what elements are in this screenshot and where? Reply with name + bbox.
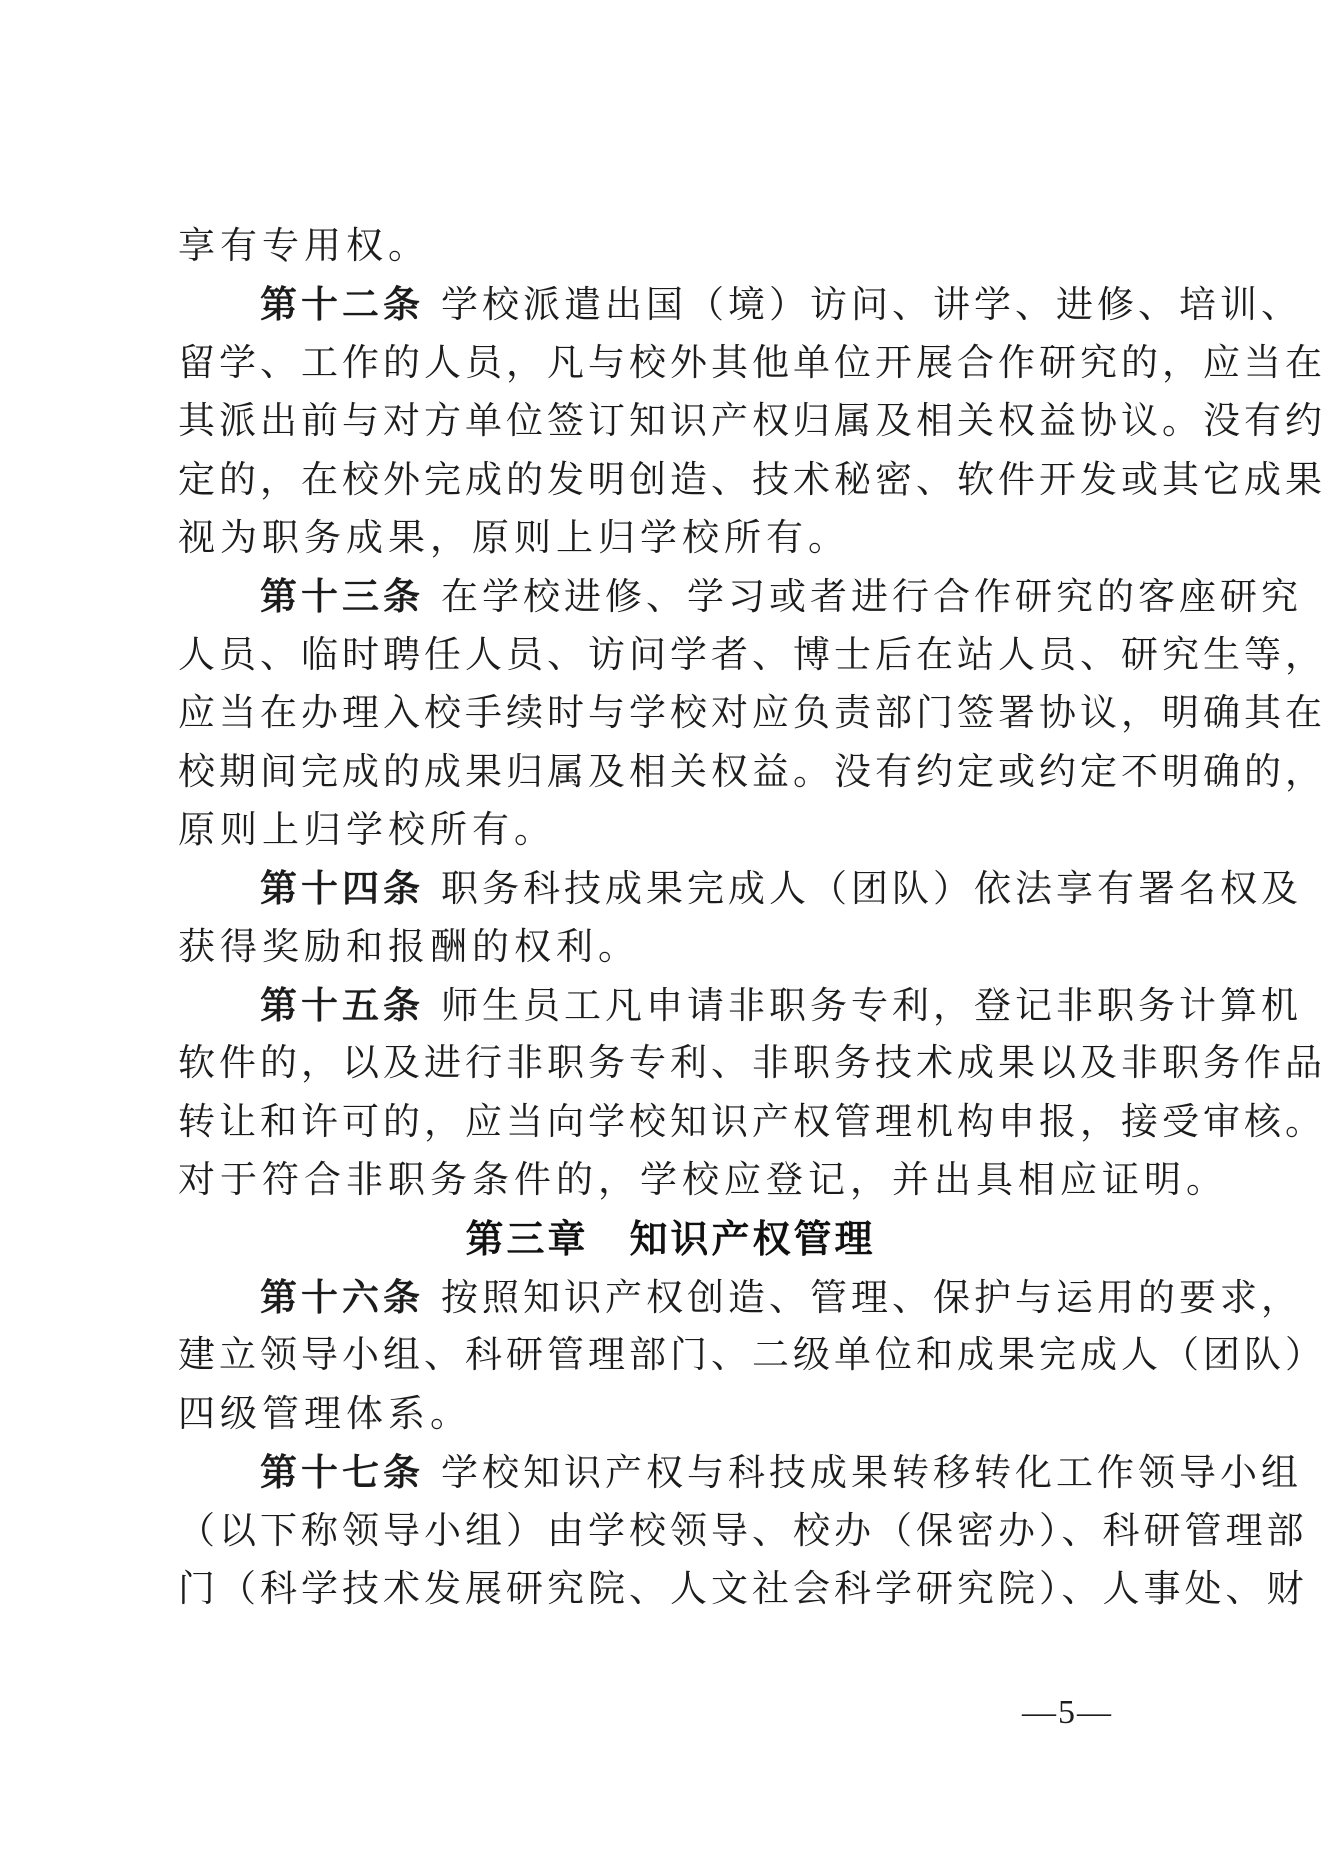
body-line: 留学、工作的人员，凡与校外其他单位开展合作研究的，应当在 bbox=[178, 335, 1163, 393]
body-line: 享有专用权。 bbox=[178, 218, 1163, 276]
body-line-text: 其派出前与对方单位签订知识产权归属及相关权益协议。没有约 bbox=[178, 401, 1323, 442]
body-line-text: （以下称领导小组）由学校领导、校办（保密办）、科研管理部 bbox=[178, 1511, 1308, 1552]
body-line: 第十三条在学校进修、学习或者进行合作研究的客座研究 bbox=[178, 568, 1163, 626]
body-line: 校期间完成的成果归属及相关权益。没有约定或约定不明确的， bbox=[178, 744, 1163, 802]
body-line-text: 视为职务成果，原则上归学校所有。 bbox=[178, 518, 850, 559]
body-line: 转让和许可的，应当向学校知识产权管理机构申报，接受审核。 bbox=[178, 1094, 1163, 1152]
article-number: 第十四条 bbox=[260, 868, 424, 909]
body-line-text: 职务科技成果完成人（团队）依法享有署名权及 bbox=[441, 869, 1302, 910]
body-line-text: 原则上归学校所有。 bbox=[178, 810, 556, 851]
article-number: 第十七条 bbox=[260, 1452, 424, 1493]
body-line-text: 获得奖励和报酬的权利。 bbox=[178, 927, 640, 968]
body-line-text: 师生员工凡申请非职务专利，登记非职务计算机 bbox=[441, 986, 1302, 1027]
body-line-text: 人员、临时聘任人员、访问学者、博士后在站人员、研究生等， bbox=[178, 635, 1323, 676]
body-line: 门（科学技术发展研究院、人文社会科学研究院）、人事处、财 bbox=[178, 1561, 1163, 1619]
article-number: 第十六条 bbox=[260, 1277, 424, 1318]
body-line-text: 门（科学技术发展研究院、人文社会科学研究院）、人事处、财 bbox=[178, 1569, 1308, 1610]
body-line-text: 享有专用权。 bbox=[178, 226, 430, 267]
body-line-text: 转让和许可的，应当向学校知识产权管理机构申报，接受审核。 bbox=[178, 1102, 1323, 1143]
body-line-text: 学校派遣出国（境）访问、讲学、进修、培训、 bbox=[441, 285, 1302, 326]
body-line: 第十六条按照知识产权创造、管理、保护与运用的要求， bbox=[178, 1269, 1163, 1327]
chapter-heading: 第三章 知识产权管理 bbox=[178, 1211, 1163, 1269]
body-line-text: 四级管理体系。 bbox=[178, 1394, 472, 1435]
body-line-text: 定的，在校外完成的发明创造、技术秘密、软件开发或其它成果 bbox=[178, 460, 1323, 501]
body-line-text: 建立领导小组、科研管理部门、二级单位和成果完成人（团队） bbox=[178, 1335, 1323, 1376]
body-line: 第十五条师生员工凡申请非职务专利，登记非职务计算机 bbox=[178, 977, 1163, 1035]
article-number: 第十五条 bbox=[260, 985, 424, 1026]
body-line: 软件的，以及进行非职务专利、非职务技术成果以及非职务作品 bbox=[178, 1035, 1163, 1093]
body-line: 获得奖励和报酬的权利。 bbox=[178, 919, 1163, 977]
body-line: （以下称领导小组）由学校领导、校办（保密办）、科研管理部 bbox=[178, 1503, 1163, 1561]
body-line: 建立领导小组、科研管理部门、二级单位和成果完成人（团队） bbox=[178, 1327, 1163, 1385]
body-line: 第十二条学校派遣出国（境）访问、讲学、进修、培训、 bbox=[178, 276, 1163, 334]
body-line: 其派出前与对方单位签订知识产权归属及相关权益协议。没有约 bbox=[178, 393, 1163, 451]
body-line: 第十四条职务科技成果完成人（团队）依法享有署名权及 bbox=[178, 860, 1163, 918]
body-line-text: 留学、工作的人员，凡与校外其他单位开展合作研究的，应当在 bbox=[178, 343, 1323, 384]
document-page: 享有专用权。 第十二条学校派遣出国（境）访问、讲学、进修、培训、 留学、工作的人… bbox=[0, 0, 1323, 1871]
article-number: 第十三条 bbox=[260, 576, 424, 617]
body-line-text: 在学校进修、学习或者进行合作研究的客座研究 bbox=[441, 577, 1302, 618]
body-line-text: 对于符合非职务条件的，学校应登记，并出具相应证明。 bbox=[178, 1160, 1228, 1201]
body-line: 视为职务成果，原则上归学校所有。 bbox=[178, 510, 1163, 568]
article-number: 第十二条 bbox=[260, 284, 424, 325]
body-line: 定的，在校外完成的发明创造、技术秘密、软件开发或其它成果 bbox=[178, 452, 1163, 510]
page-number: —5— bbox=[1022, 1694, 1113, 1732]
body-line: 第十七条学校知识产权与科技成果转移转化工作领导小组 bbox=[178, 1444, 1163, 1502]
body-line: 应当在办理入校手续时与学校对应负责部门签署协议，明确其在 bbox=[178, 685, 1163, 743]
body-line: 对于符合非职务条件的，学校应登记，并出具相应证明。 bbox=[178, 1152, 1163, 1210]
body-line-text: 应当在办理入校手续时与学校对应负责部门签署协议，明确其在 bbox=[178, 693, 1323, 734]
body-line-text: 学校知识产权与科技成果转移转化工作领导小组 bbox=[441, 1453, 1302, 1494]
body-line: 人员、临时聘任人员、访问学者、博士后在站人员、研究生等， bbox=[178, 627, 1163, 685]
document-body: 享有专用权。 第十二条学校派遣出国（境）访问、讲学、进修、培训、 留学、工作的人… bbox=[178, 218, 1163, 1619]
body-line-text: 软件的，以及进行非职务专利、非职务技术成果以及非职务作品 bbox=[178, 1043, 1323, 1084]
body-line-text: 按照知识产权创造、管理、保护与运用的要求， bbox=[441, 1278, 1302, 1319]
body-line: 四级管理体系。 bbox=[178, 1386, 1163, 1444]
body-line: 原则上归学校所有。 bbox=[178, 802, 1163, 860]
body-line-text: 校期间完成的成果归属及相关权益。没有约定或约定不明确的， bbox=[178, 752, 1323, 793]
